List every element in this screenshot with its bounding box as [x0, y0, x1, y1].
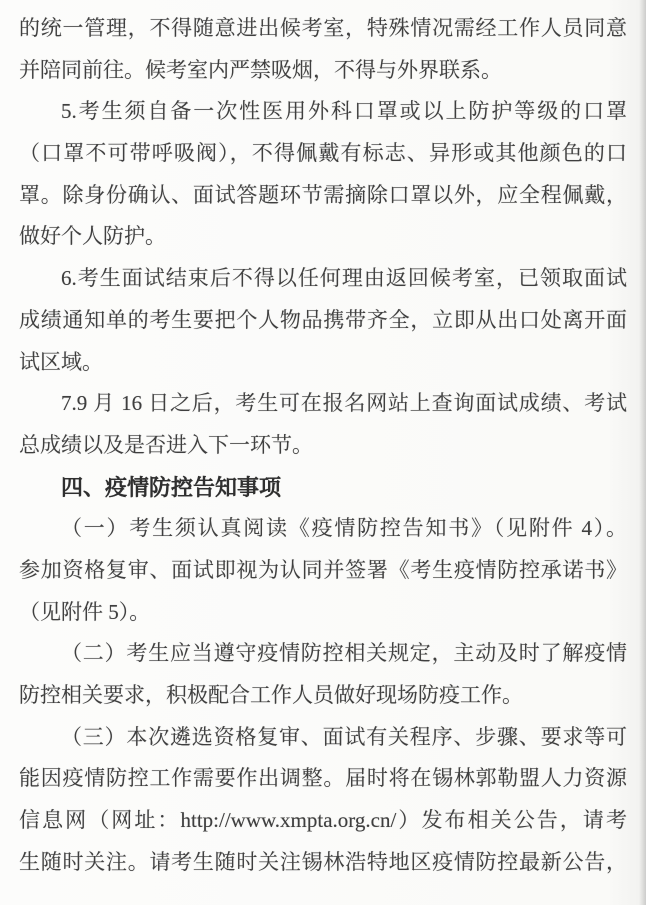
document-line: 的统一管理，不得随意进出候考室，特殊情况需经工作人员同意 [19, 8, 627, 50]
document-line: 总成绩以及是否进入下一环节。 [19, 425, 627, 467]
document-line: 5.考生须自备一次性医用外科口罩或以上防护等级的口罩 [19, 91, 627, 133]
document-line: （口罩不可带呼吸阀），不得佩戴有标志、异形或其他颜色的口 [19, 133, 627, 175]
document-line: 罩。除身份确认、面试答题环节需摘除口罩以外，应全程佩戴， [19, 175, 627, 217]
page-edge-shadow [639, 0, 646, 905]
document-line: 7.9 月 16 日之后，考生可在报名网站上查询面试成绩、考试 [19, 383, 627, 425]
document-line: 并陪同前往。候考室内严禁吸烟，不得与外界联系。 [19, 50, 627, 92]
document-line: （一）考生须认真阅读《疫情防控告知书》（见附件 4）。 [19, 508, 627, 550]
document-line: 6.考生面试结束后不得以任何理由返回候考室，已领取面试 [19, 258, 627, 300]
document-line: （二）考生应当遵守疫情防控相关规定，主动及时了解疫情 [19, 633, 627, 675]
document-line: 防控相关要求，积极配合工作人员做好现场防疫工作。 [19, 675, 627, 717]
document-line: （三）本次遴选资格复审、面试有关程序、步骤、要求等可 [19, 717, 627, 759]
document-line: 做好个人防护。 [19, 216, 627, 258]
document-line: 生随时关注。请考生随时关注锡林浩特地区疫情防控最新公告， [19, 842, 627, 884]
document-line: 试区域。 [19, 342, 627, 384]
document-text-column: 的统一管理，不得随意进出候考室，特殊情况需经工作人员同意并陪同前往。候考室内严禁… [19, 8, 627, 883]
document-page: 的统一管理，不得随意进出候考室，特殊情况需经工作人员同意并陪同前往。候考室内严禁… [0, 0, 646, 905]
document-line: 信息网（网址：http://www.xmpta.org.cn/）发布相关公告，请… [19, 800, 627, 842]
section-heading: 四、疫情防控告知事项 [19, 467, 627, 509]
document-line: 参加资格复审、面试即视为认同并签署《考生疫情防控承诺书》 [19, 550, 627, 592]
document-line: 成绩通知单的考生要把个人物品携带齐全，立即从出口处离开面 [19, 300, 627, 342]
document-line: 能因疫情防控工作需要作出调整。届时将在锡林郭勒盟人力资源 [19, 758, 627, 800]
document-line: （见附件 5）。 [19, 592, 627, 634]
